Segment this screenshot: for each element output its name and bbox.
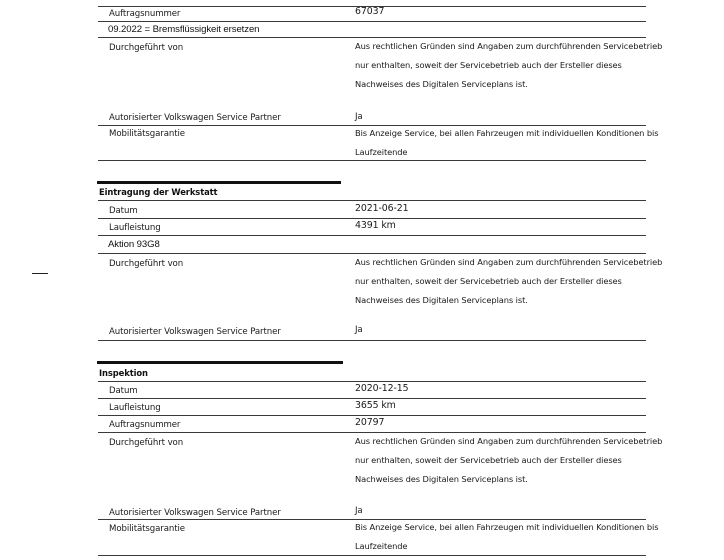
performed-by-value: Aus rechtlichen Gründen sind Angaben zum… bbox=[355, 253, 665, 310]
section-rule bbox=[97, 361, 343, 364]
order-number-label: Auftragsnummer bbox=[109, 8, 180, 20]
scan-artifact-mark bbox=[32, 273, 48, 274]
row-divider bbox=[98, 381, 646, 382]
authorized-partner-label: Autorisierter Volkswagen Service Partner bbox=[109, 326, 281, 338]
performed-by-label: Durchgeführt von bbox=[109, 258, 183, 270]
mobility-guarantee-value: Bis Anzeige Service, bei allen Fahrzeuge… bbox=[355, 124, 665, 162]
row-divider bbox=[98, 200, 646, 201]
authorized-partner-value: Ja bbox=[355, 111, 363, 123]
section-title-workshop-entry: Eintragung der Werkstatt bbox=[99, 186, 217, 198]
performed-by-value: Aus rechtlichen Gründen sind Angaben zum… bbox=[355, 37, 665, 94]
campaign-note: Aktion 93G8 bbox=[108, 239, 160, 251]
date-value: 2020-12-15 bbox=[355, 383, 408, 395]
row-divider bbox=[98, 398, 646, 399]
authorized-partner-label: Autorisierter Volkswagen Service Partner bbox=[109, 112, 281, 124]
order-number-value: 67037 bbox=[355, 6, 384, 18]
row-divider bbox=[98, 218, 646, 219]
authorized-partner-label: Autorisierter Volkswagen Service Partner bbox=[109, 507, 281, 519]
section-title-inspection: Inspektion bbox=[99, 367, 148, 379]
row-divider bbox=[98, 415, 646, 416]
date-label: Datum bbox=[109, 205, 138, 217]
scanned-document-page: Auftragsnummer 67037 09.2022 = Bremsflüs… bbox=[0, 0, 724, 560]
mobility-guarantee-label: Mobilitätsgarantie bbox=[109, 523, 185, 535]
date-label: Datum bbox=[109, 385, 138, 397]
mileage-label: Laufleistung bbox=[109, 402, 161, 414]
row-divider bbox=[98, 340, 646, 341]
mileage-label: Laufleistung bbox=[109, 222, 161, 234]
section-rule bbox=[97, 181, 341, 184]
order-number-value: 20797 bbox=[355, 417, 384, 429]
authorized-partner-value: Ja bbox=[355, 505, 363, 517]
row-divider bbox=[98, 555, 646, 556]
authorized-partner-value: Ja bbox=[355, 324, 363, 336]
performed-by-label: Durchgeführt von bbox=[109, 42, 183, 54]
row-divider bbox=[98, 21, 646, 22]
date-value: 2021-06-21 bbox=[355, 203, 408, 215]
mobility-guarantee-label: Mobilitätsgarantie bbox=[109, 128, 185, 140]
row-divider bbox=[98, 235, 646, 236]
performed-by-value: Aus rechtlichen Gründen sind Angaben zum… bbox=[355, 432, 665, 489]
mileage-value: 3655 km bbox=[355, 400, 396, 412]
mileage-value: 4391 km bbox=[355, 220, 396, 232]
mobility-guarantee-value: Bis Anzeige Service, bei allen Fahrzeuge… bbox=[355, 518, 665, 556]
order-number-label: Auftragsnummer bbox=[109, 419, 180, 431]
performed-by-label: Durchgeführt von bbox=[109, 437, 183, 449]
brake-fluid-note: 09.2022 = Bremsflüssigkeit ersetzen bbox=[108, 24, 259, 36]
row-divider bbox=[98, 160, 646, 161]
